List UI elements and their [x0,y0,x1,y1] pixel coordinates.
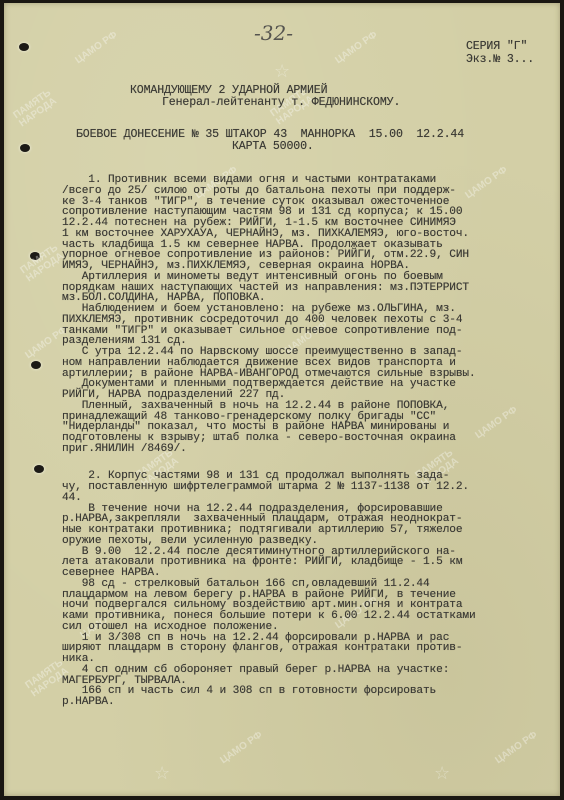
star-icon: ☆ [434,763,450,784]
watermark-tsamo: ЦАМО РФ [494,730,539,766]
map-scale: КАРТА 50000. [232,141,314,153]
punch-hole [34,465,44,473]
copy-number: Экз.№ 3... [466,54,534,66]
watermark-pamyat: ПАМЯТЬ НАРОДА [19,243,66,284]
document-page: ЦАМО РФ ЦАМО РФ ПАМЯТЬ НАРОДА ПАМЯТЬ НАР… [4,3,560,796]
series-label: СЕРИЯ "Г" [466,41,527,53]
star-icon: ☆ [154,763,170,784]
watermark-tsamo: ЦАМО РФ [219,730,264,766]
page-number: -32- [254,21,293,45]
addressee-line-2: Генерал-лейтенанту т. ФЕДЮНИНСКОМУ. [162,97,400,109]
body-line: 166 сп и часть сил 4 и 308 сп в готовнос… [62,686,436,697]
watermark-tsamo: ЦАМО РФ [474,405,519,441]
body-line: чу, поставленную шифртелеграммой штарма … [62,482,469,493]
watermark-tsamo: ЦАМО РФ [74,30,119,66]
punch-hole [31,361,41,369]
body-line: ширяют плацдарм в сторону флангов, отраж… [62,643,462,654]
body-line: р.НАРВА. [62,697,115,708]
star-icon: ☆ [274,61,290,82]
watermark-tsamo: ЦАМО РФ [464,165,509,201]
body-line: приг.ЯНИЛИН /8469/. [62,444,187,455]
punch-hole [20,144,30,152]
watermark-tsamo: ЦАМО РФ [334,30,379,66]
punch-hole [19,43,29,51]
watermark-pamyat: ПАМЯТЬ НАРОДА [12,88,59,129]
